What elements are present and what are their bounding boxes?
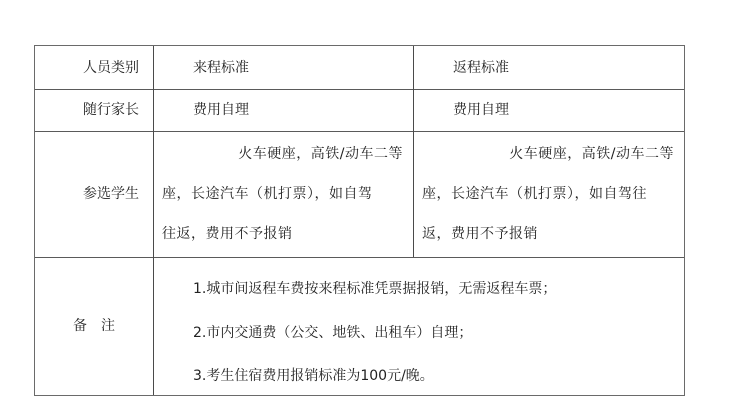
remarks-label: 备 注 (73, 317, 115, 335)
students-return-line-2: 座，长途汽车（机打票），如自驾往 (422, 174, 676, 214)
remark-item-1: 1.城市间返程车费按来程标准凭票据报销，无需返程车票； (193, 278, 556, 298)
students-return-line-3: 返，费用不予报销 (422, 214, 676, 254)
row-students-label: 参选学生 (83, 185, 139, 203)
row-parents-category: 随行家长 (35, 89, 153, 131)
row-students-return: 火车硬座，高铁/动车二等 座，长途汽车（机打票），如自驾往 返，费用不予报销 (414, 131, 684, 257)
students-outbound-line-3: 往返，费用不予报销 (162, 214, 405, 254)
row-parents-return: 费用自理 (453, 89, 653, 131)
header-return-label: 返程标准 (453, 59, 509, 77)
header-category-label: 人员类别 (83, 59, 139, 77)
header-outbound: 来程标准 (193, 46, 393, 89)
row-students-outbound: 火车硬座，高铁/动车二等 座，长途汽车（机打票），如自驾 往返，费用不予报销 (154, 131, 413, 257)
row-parents-return-text: 费用自理 (453, 101, 509, 119)
row-parents-outbound: 费用自理 (193, 89, 393, 131)
row-students-category: 参选学生 (35, 131, 153, 257)
row-parents-label: 随行家长 (83, 101, 139, 119)
students-outbound-line-2: 座，长途汽车（机打票），如自驾 (162, 174, 405, 214)
students-outbound-line-1: 火车硬座，高铁/动车二等 (162, 134, 405, 174)
students-return-line-1: 火车硬座，高铁/动车二等 (422, 134, 676, 174)
remark-item-2: 2.市内交通费（公交、地铁、出租车）自理； (193, 322, 472, 342)
row-parents-outbound-text: 费用自理 (193, 101, 249, 119)
header-outbound-label: 来程标准 (193, 59, 249, 77)
reimbursement-table: 人员类别 来程标准 返程标准 随行家长 费用自理 费用自理 参选学生 火车硬座，… (34, 45, 685, 396)
header-category: 人员类别 (35, 46, 153, 89)
header-return: 返程标准 (453, 46, 653, 89)
remark-item-3: 3.考生住宿费用报销标准为100元/晚。 (193, 365, 434, 385)
remarks-category: 备 注 (35, 257, 153, 395)
